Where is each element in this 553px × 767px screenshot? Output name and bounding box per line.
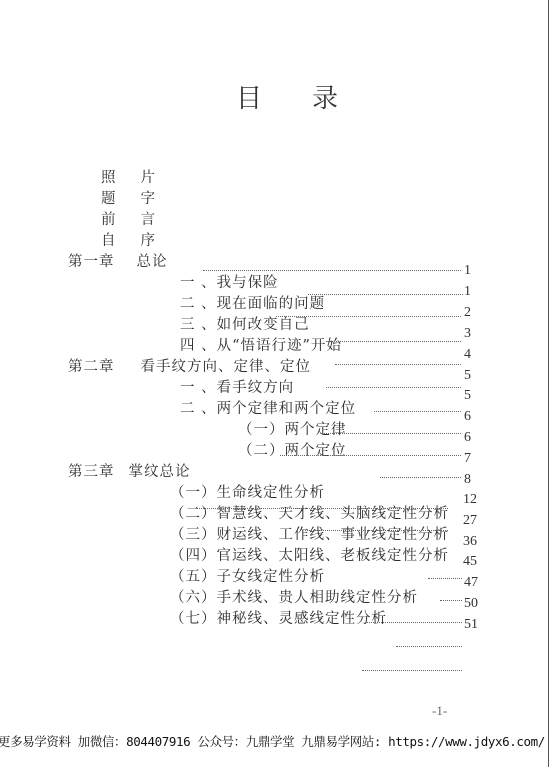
- page-number: 1: [464, 284, 471, 300]
- page-number: 51: [464, 617, 478, 633]
- watermark-footer: 更多易学资料 加微信：804407916 公众号：九鼎学堂 九鼎易学网站: ht…: [0, 732, 545, 750]
- toc-entry-inscription: 题字: [101, 187, 156, 208]
- toc-entry-photos: 照片: [101, 166, 156, 187]
- toc-entry: 二 、两个定律和两个定位: [180, 397, 356, 418]
- page-number: 47: [464, 575, 478, 591]
- toc-entry: 二 、现在面临的问题: [180, 292, 325, 313]
- page-number: 5: [464, 388, 471, 404]
- dot-leader: [203, 270, 461, 272]
- dot-leader: [196, 508, 448, 510]
- toc-title-char-2: 录: [312, 78, 338, 115]
- page-number: 3: [464, 326, 471, 342]
- dot-leader: [362, 670, 462, 672]
- page-number: 6: [464, 430, 471, 446]
- page-number: 4: [464, 347, 471, 363]
- dot-leader: [380, 477, 461, 479]
- page-footer-number: -1-: [432, 703, 447, 719]
- page-number: 7: [464, 451, 471, 467]
- dot-leader: [276, 316, 461, 318]
- toc-entry: （六）手术线、贵人相助线定性分析: [170, 586, 418, 607]
- page-number: 12: [463, 492, 477, 508]
- toc-entry: （七）神秘线、灵感线定性分析: [170, 607, 387, 628]
- page-number: 2: [464, 305, 471, 321]
- page-number: 8: [464, 472, 471, 488]
- dot-leader: [305, 530, 448, 532]
- toc-entry-foreword: 前言: [101, 208, 156, 229]
- chapter-2-heading: 第二章看手纹方向、定律、定位: [68, 355, 311, 376]
- toc-entry-preface: 自序: [101, 229, 156, 250]
- dot-leader: [396, 646, 462, 648]
- chapter-3-heading: 第三章掌纹总论: [68, 460, 191, 481]
- page-number: 6: [464, 409, 471, 425]
- toc-entry: （五）子女线定性分析: [170, 565, 325, 586]
- toc-entry: （四）官运线、太阳线、老板线定性分析: [170, 544, 449, 565]
- dot-leader: [322, 433, 461, 435]
- toc-entry: 一 、我与保险: [180, 271, 279, 292]
- chapter-1-heading: 第一章总论: [68, 250, 168, 271]
- dot-leader: [374, 411, 461, 413]
- dot-leader: [308, 294, 463, 296]
- toc-entry: 一 、看手纹方向: [180, 376, 294, 397]
- toc-entry: （二）智慧线、天才线、头脑线定性分析: [170, 502, 449, 523]
- toc-entry: 四 、从“悟语行迹”开始: [180, 334, 342, 355]
- dot-leader: [280, 455, 461, 457]
- page-number: 1: [464, 263, 471, 279]
- dot-leader: [326, 387, 461, 389]
- page-number: 50: [464, 596, 478, 612]
- dot-leader: [365, 622, 462, 624]
- dot-leader: [428, 578, 462, 580]
- page-number: 45: [463, 554, 477, 570]
- page-number: 36: [463, 534, 477, 550]
- toc-entry: （一）生命线定性分析: [170, 481, 325, 502]
- page-border: [548, 0, 549, 767]
- dot-leader: [440, 600, 462, 602]
- toc-entry: （三）财运线、工作线、事业线定性分析: [170, 523, 449, 544]
- dot-leader: [335, 364, 461, 366]
- page-number: 27: [463, 513, 477, 529]
- toc-title-char-1: 目: [236, 78, 262, 115]
- dot-leader: [326, 341, 461, 343]
- toc-entry: （一）两个定律: [238, 418, 347, 439]
- page-number: 5: [464, 368, 471, 384]
